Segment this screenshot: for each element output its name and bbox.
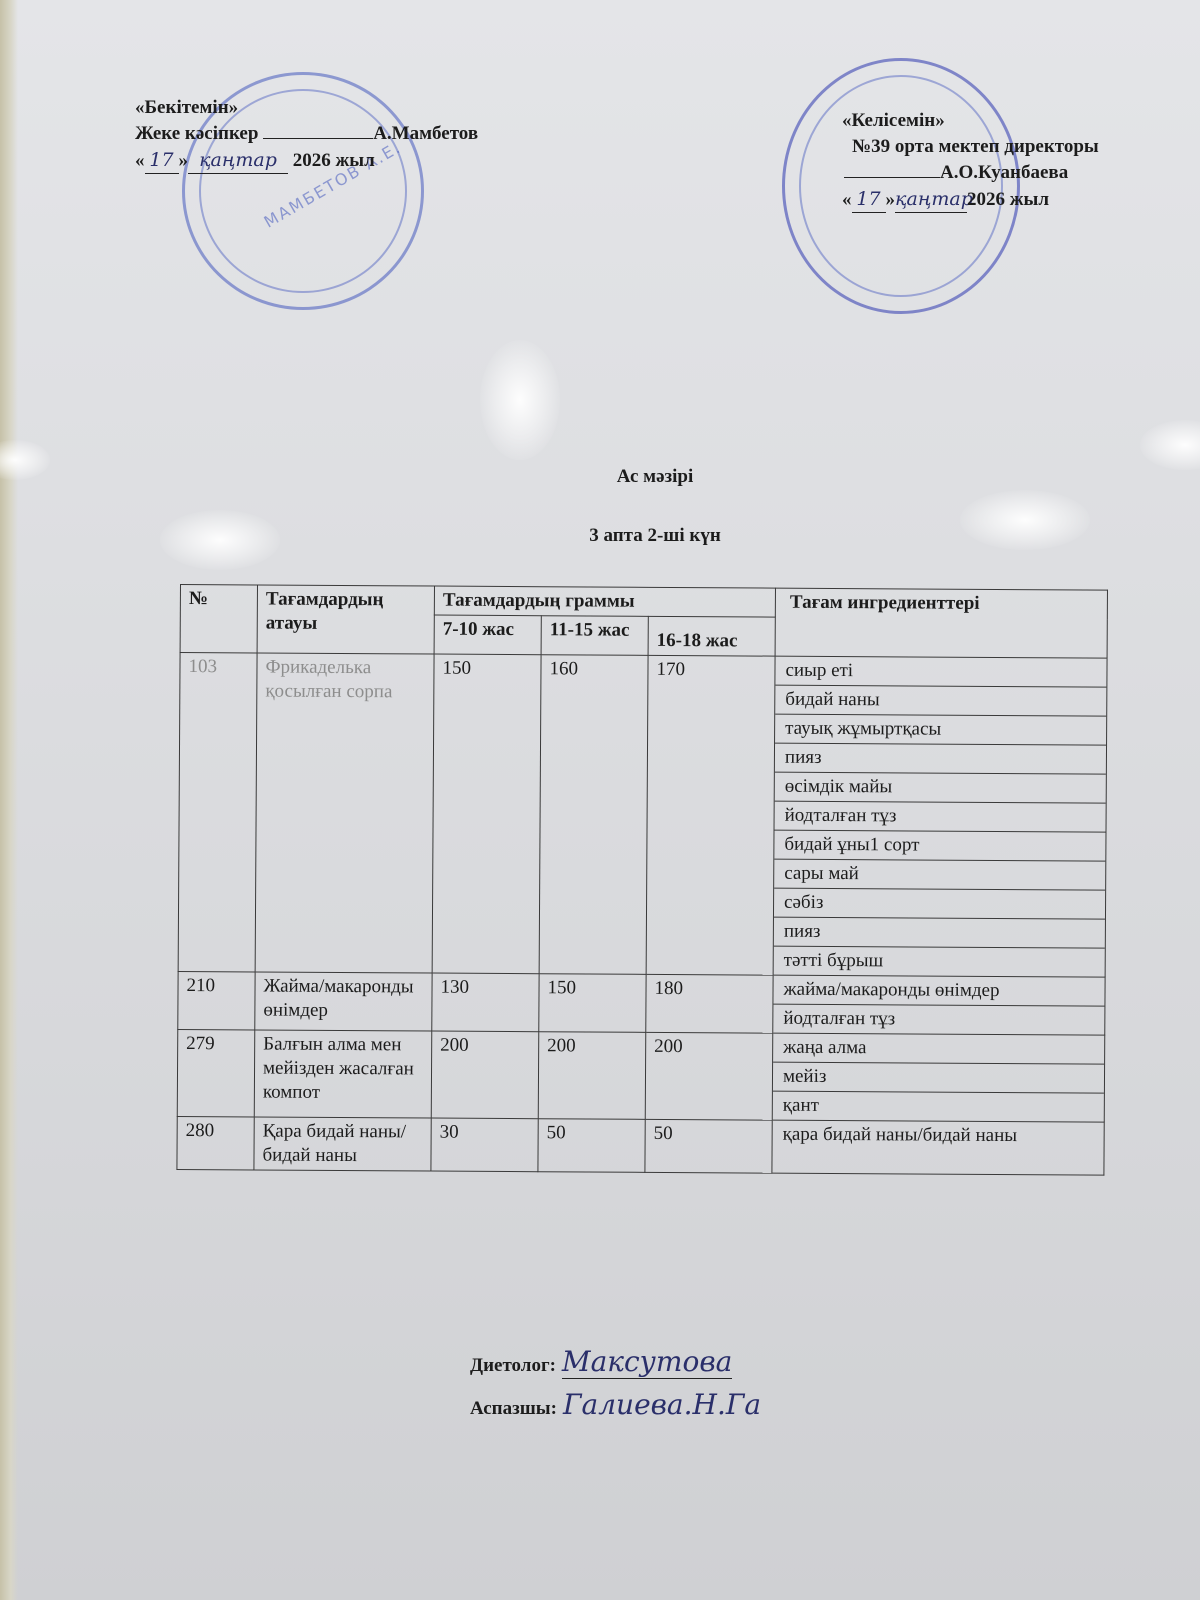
agreement-date-day: 17 <box>852 186 886 213</box>
cell-no: 280 <box>177 1116 254 1169</box>
cook-signature-line: Аспазшы:Галиева.Н.Га <box>470 1388 761 1421</box>
table-row: 279Балғын алма мен мейізден жасалған ком… <box>177 1029 1105 1122</box>
cell-no: 210 <box>178 971 255 1029</box>
cell-grams-7-10: 130 <box>432 973 539 1032</box>
quote-close: » <box>886 189 896 210</box>
agreement-signer-line: А.О.Куанбаева <box>842 160 1099 186</box>
quote-open: « <box>135 150 145 171</box>
dietitian-signature-line: Диетолог:Максутова <box>470 1345 732 1378</box>
approval-name: А.Мамбетов <box>373 123 478 144</box>
ingredient-item: пияз <box>774 918 1105 949</box>
dietitian-label: Диетолог: <box>470 1355 556 1376</box>
quote-open: « <box>842 189 852 210</box>
ingredient-item: бидай наны <box>775 686 1106 717</box>
light-glare <box>480 340 560 460</box>
light-glare <box>1140 420 1200 470</box>
agreement-date-month: қаңтар <box>895 186 967 213</box>
approval-role: Жеке кәсіпкер <box>135 123 258 144</box>
ingredient-item: сары май <box>774 860 1105 891</box>
header-no: № <box>180 585 257 653</box>
approval-date-day: 17 <box>145 147 179 174</box>
cell-grams-16-18: 200 <box>645 1032 773 1120</box>
agreement-date-year: 2026 жыл <box>967 189 1049 210</box>
ingredient-item: мейіз <box>773 1063 1104 1094</box>
table-row: 280Қара бидай наны/бидай наны305050қара … <box>177 1116 1104 1175</box>
ingredient-item: жайма/макаронды өнімдер <box>773 976 1104 1007</box>
header-age-11-15: 11-15 жас <box>541 616 648 656</box>
agreement-date: «17»қаңтар2026 жыл <box>842 186 1099 213</box>
cell-ingredients: сиыр етібидай нанытауық жұмыртқасыпиязөс… <box>773 656 1107 977</box>
ingredient-item: пияз <box>775 744 1106 775</box>
cell-name: Жайма/макаронды өнімдер <box>255 972 432 1031</box>
cook-signature: Галиева.Н.Га <box>563 1388 761 1421</box>
ingredient-item: йодталған тұз <box>773 1005 1104 1035</box>
ingredient-item: өсімдік майы <box>775 773 1106 804</box>
agreement-role: №39 орта мектеп директоры <box>842 134 1099 160</box>
header-age-16-18: 16-18 жас <box>648 616 775 656</box>
quote-close: » <box>179 150 189 171</box>
ingredient-item: тәтті бұрыш <box>774 947 1105 977</box>
cell-grams-11-15: 50 <box>538 1119 645 1173</box>
agreement-heading: «Келісемін» <box>842 108 1099 134</box>
cell-ingredients: жаңа алмамейізқант <box>772 1033 1105 1122</box>
approval-signer-line: Жеке кәсіпкер А.Мамбетов <box>135 121 478 147</box>
agreement-block: «Келісемін» №39 орта мектеп директоры А.… <box>842 108 1099 213</box>
approval-date-month: қаңтар <box>188 147 288 174</box>
cell-ingredients: қара бидай наны/бидай наны <box>772 1120 1104 1175</box>
cell-grams-16-18: 50 <box>645 1119 772 1173</box>
paper-edge <box>0 0 18 1600</box>
signature-blank <box>263 138 373 139</box>
approval-block: «Бекітемін» Жеке кәсіпкер А.Мамбетов «17… <box>135 95 478 174</box>
cell-ingredients: жайма/макаронды өнімдерйодталған тұз <box>773 975 1105 1035</box>
ingredient-item: йодталған тұз <box>775 802 1106 833</box>
cell-grams-16-18: 180 <box>646 974 773 1033</box>
header-grams: Тағамдардың граммы <box>434 586 775 617</box>
cell-grams-11-15: 200 <box>538 1032 646 1120</box>
cook-label: Аспазшы: <box>470 1398 557 1419</box>
ingredient-item: сиыр еті <box>775 657 1106 688</box>
cell-grams-7-10: 200 <box>431 1031 539 1119</box>
header-name: Тағамдардың атауы <box>257 585 434 654</box>
approval-date-year: 2026 жыл <box>293 150 375 171</box>
cell-grams-11-15: 160 <box>539 655 648 975</box>
approval-heading: «Бекітемін» <box>135 95 478 121</box>
cell-grams-11-15: 150 <box>539 974 646 1033</box>
ingredient-item: жаңа алма <box>773 1034 1104 1065</box>
cell-grams-7-10: 30 <box>431 1118 538 1172</box>
cell-grams-7-10: 150 <box>432 654 541 974</box>
cell-grams-16-18: 170 <box>646 655 775 975</box>
ingredient-item: бидай ұны1 сорт <box>774 831 1105 862</box>
approval-date: «17»қаңтар 2026 жыл <box>135 147 478 174</box>
cell-name: Қара бидай наны/бидай наны <box>254 1117 431 1171</box>
dietitian-signature: Максутова <box>562 1345 732 1379</box>
cell-name: Фрикаделька қосылған сорпа <box>255 653 434 973</box>
ingredient-item: сәбіз <box>774 889 1105 920</box>
signature-blank <box>844 177 940 178</box>
header-ingredients: Тағам ингредиенттері <box>775 588 1107 658</box>
cell-no: 103 <box>178 653 257 972</box>
ingredient-item: қант <box>773 1092 1104 1122</box>
header-age-7-10: 7-10 жас <box>434 615 541 655</box>
table-row: 210Жайма/макаронды өнімдер130150180жайма… <box>178 971 1105 1035</box>
agreement-name: А.О.Куанбаева <box>940 162 1068 183</box>
cell-no: 279 <box>177 1029 255 1116</box>
cell-name: Балғын алма мен мейізден жасалған компот <box>254 1030 432 1118</box>
page-subtitle: 3 апта 2-ші күн <box>0 525 1200 547</box>
ingredient-item: тауық жұмыртқасы <box>775 715 1106 746</box>
header-row: № Тағамдардың атауы Тағамдардың граммы Т… <box>180 585 1107 620</box>
ingredient-item: қара бидай наны/бидай наны <box>773 1121 1104 1151</box>
page-title: Ас мәзірі <box>0 466 1200 488</box>
menu-table: № Тағамдардың атауы Тағамдардың граммы Т… <box>176 584 1108 1176</box>
table-row: 103Фрикаделька қосылған сорпа150160170си… <box>178 653 1107 978</box>
